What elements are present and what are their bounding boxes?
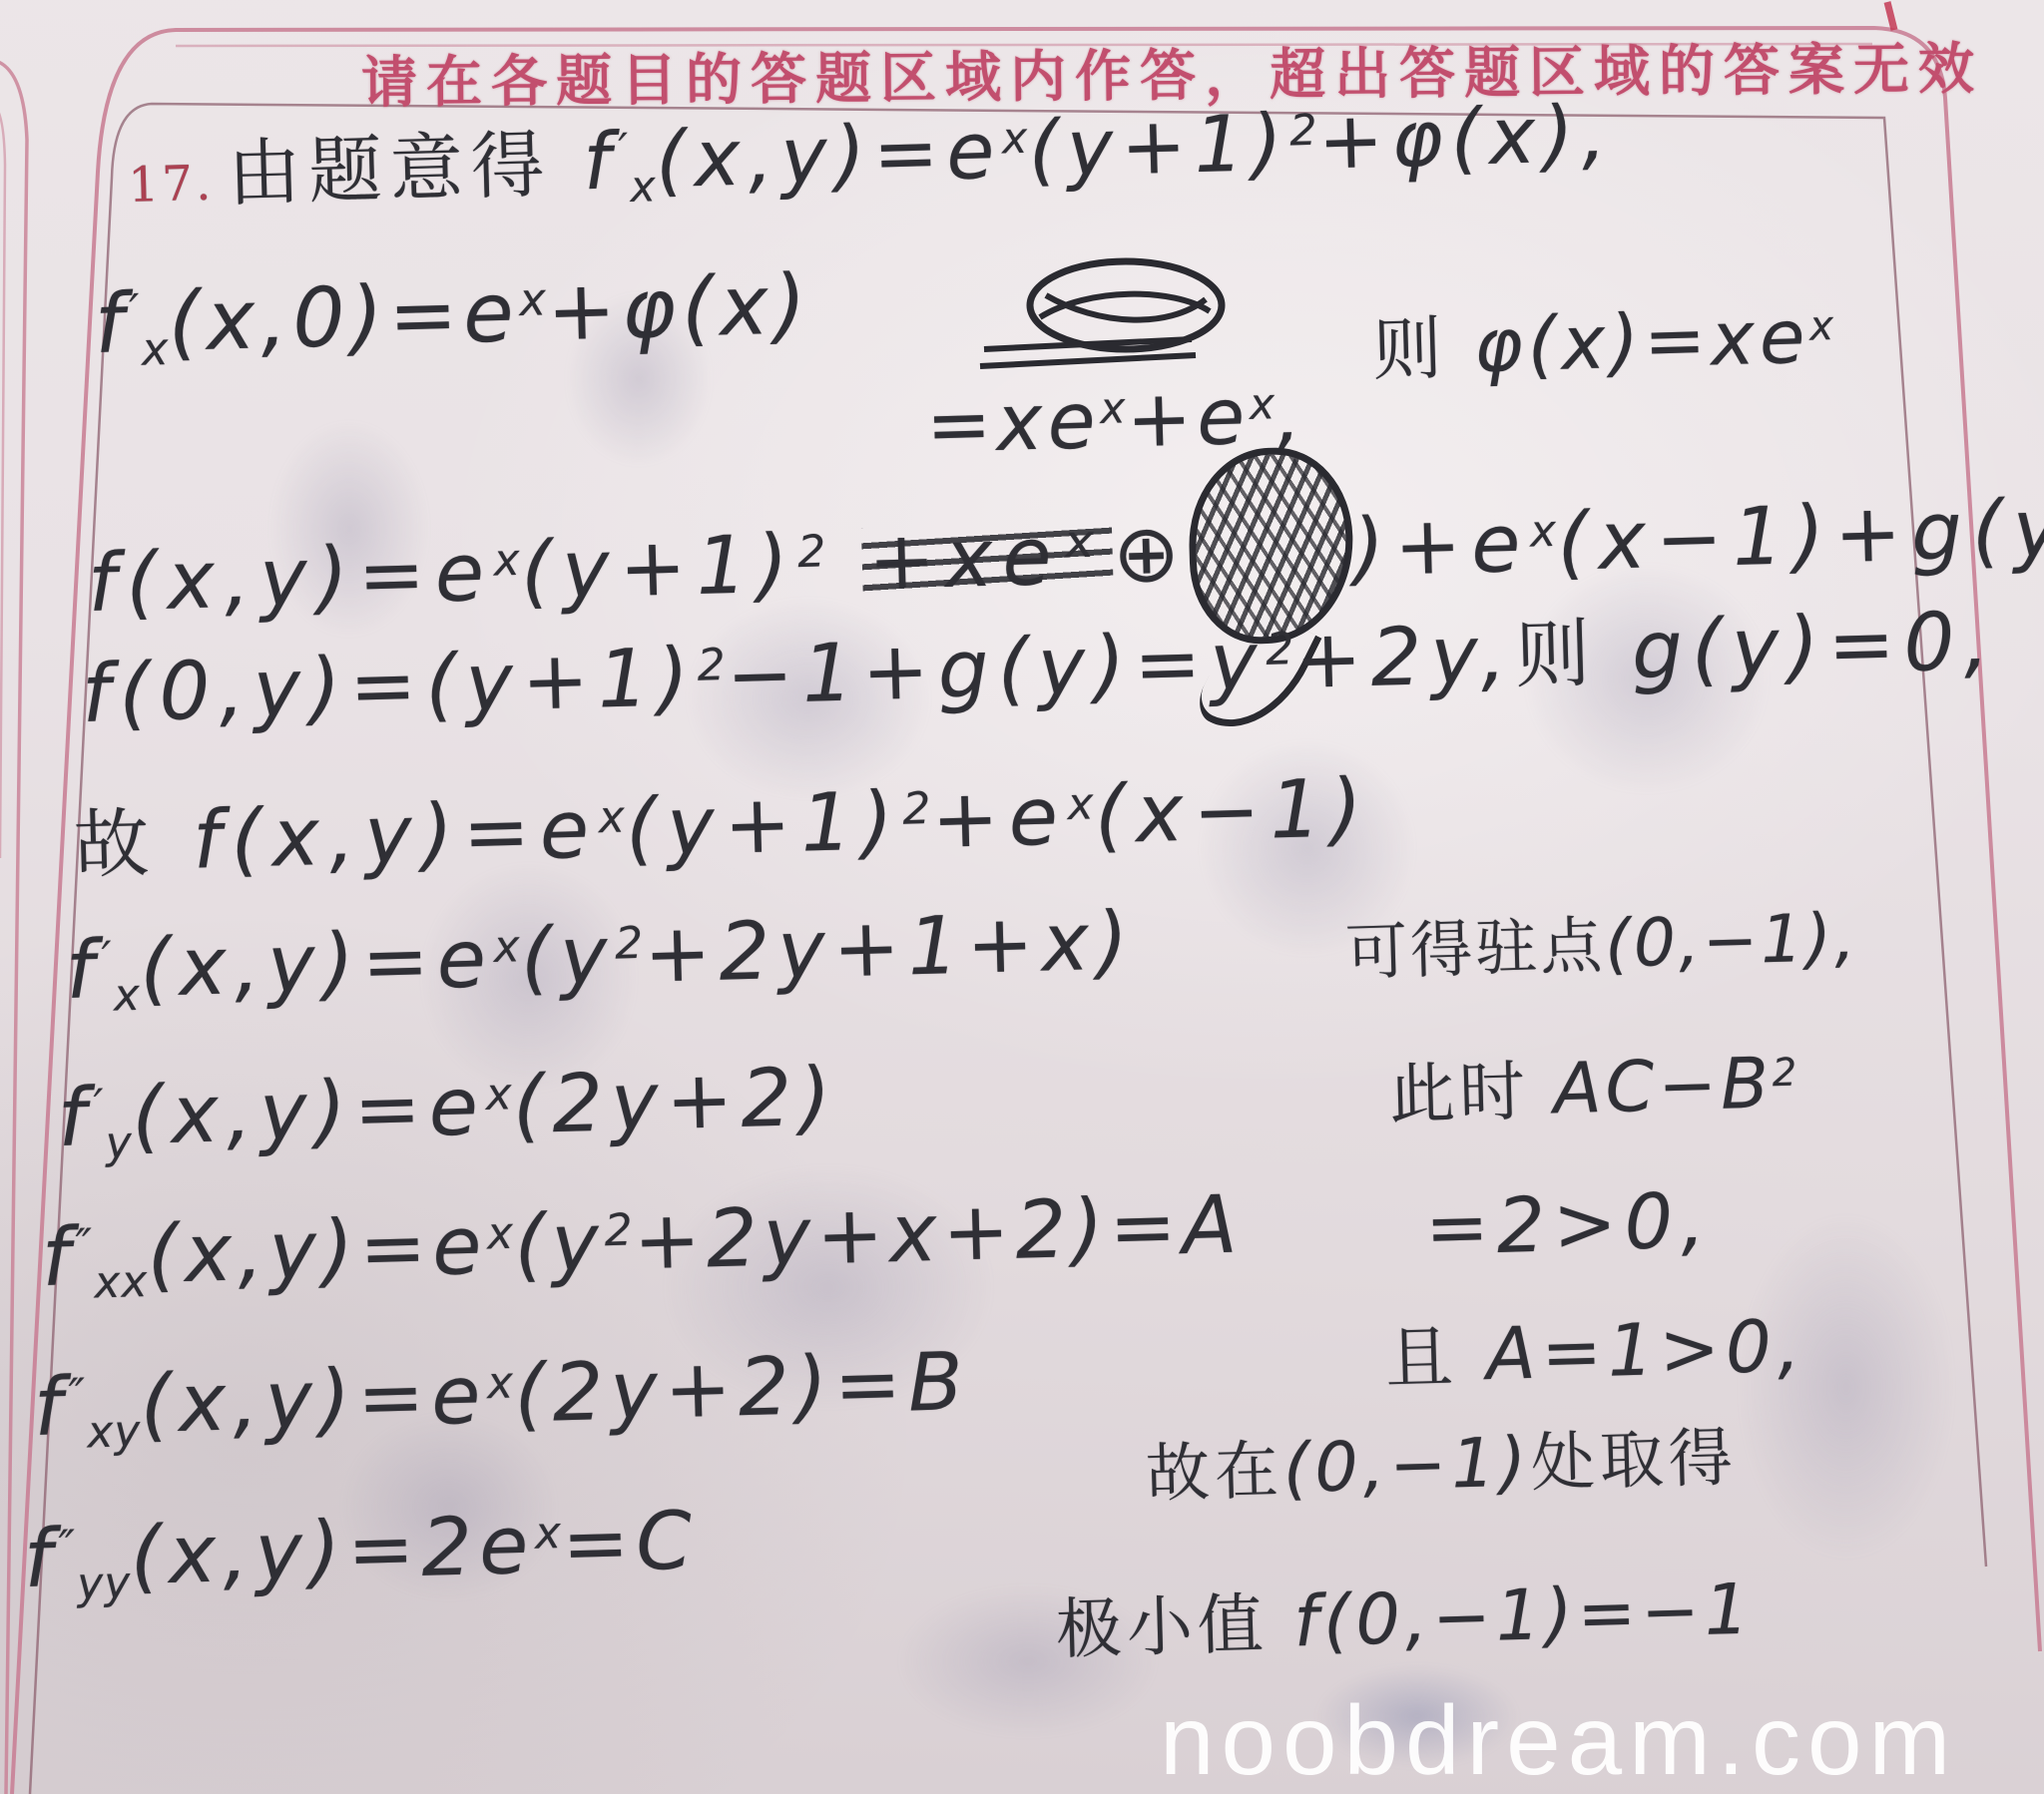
segment-m: (x,y)=e xyxy=(139,1348,488,1451)
segment-m: (y+1) xyxy=(1027,98,1290,195)
segment-c: 则 xyxy=(1514,609,1634,699)
segment-sub: xy xyxy=(87,1406,142,1458)
segment-sub: y xyxy=(105,1118,133,1169)
segment-m: +e xyxy=(930,769,1069,866)
scribble-blob-line2 xyxy=(980,261,1222,366)
segment-sup: 2 xyxy=(614,918,644,970)
solution-line-and-A: 且 A=1>0, xyxy=(1384,1293,1807,1402)
segment-sup: x xyxy=(1808,301,1834,350)
segment-sup: ″ xyxy=(68,1369,87,1420)
segment-m: +φ(x), xyxy=(1317,89,1616,187)
segment-m: f xyxy=(57,1071,96,1164)
segment-m: (x,y)=e xyxy=(146,1199,488,1301)
segment-c: 故 xyxy=(73,798,195,889)
segment-sub: x xyxy=(630,162,658,213)
segment-sub: x xyxy=(113,970,141,1022)
solution-line-fx-prime: f′x(x,y)=ex(y2+2y+1+x) xyxy=(65,894,1138,1017)
segment-sup: 2 xyxy=(604,1204,634,1256)
solution-line-fy-prime: f′y(x,y)=ex(2y+2) xyxy=(57,1050,840,1164)
segment-m: f xyxy=(65,923,104,1017)
segment-c: 此时 xyxy=(1388,1052,1555,1133)
segment-m: (x−1) xyxy=(1094,761,1373,862)
segment-sup: x xyxy=(598,791,626,843)
segment-sup: x xyxy=(1099,384,1127,435)
segment-c: 则 xyxy=(1371,307,1475,391)
segment-c: 可得驻点 xyxy=(1344,909,1606,989)
segment-m: +2y+x+2)=A xyxy=(633,1177,1245,1287)
segment-m: (x,y)=2e xyxy=(129,1499,536,1602)
segment-sub: yy xyxy=(77,1558,132,1609)
segment-sup: x xyxy=(518,273,547,327)
segment-m: f xyxy=(94,276,132,372)
segment-sup: ″ xyxy=(75,1219,94,1270)
segment-m: (x,y)=e xyxy=(131,1060,487,1162)
segment-sup: x xyxy=(534,1508,562,1560)
solution-line-fxx: f″xx(x,y)=ex(y2+2y+x+2)=A xyxy=(41,1177,1245,1304)
segment-m: φ(x)=xe xyxy=(1473,294,1811,389)
segment-m: (x,y)=e xyxy=(655,107,1004,207)
solution-line-equals-2: =2>0, xyxy=(1424,1175,1715,1272)
segment-sup: 2 xyxy=(902,783,932,835)
segment-sub: x xyxy=(141,322,170,376)
neighbor-box-border-inner xyxy=(0,104,5,858)
solution-line-conclusion1: 故在(0,−1)处取得 xyxy=(1145,1406,1739,1515)
segment-c: 故在 xyxy=(1145,1434,1284,1512)
segment-m: (x−1)+g(y) xyxy=(1556,480,2044,588)
segment-m: A=1>0, xyxy=(1485,1303,1807,1396)
segment-c: 处取得 xyxy=(1530,1421,1739,1501)
segment-sup: x xyxy=(1529,506,1557,558)
segment-m: (y xyxy=(513,1195,606,1290)
segment-m: (2y+2)=B xyxy=(513,1335,971,1441)
segment-m: =C xyxy=(561,1494,700,1590)
segment-m: (0,−1) xyxy=(1282,1423,1532,1509)
segment-sup: x xyxy=(493,535,521,587)
segment-m: (x,y)=e xyxy=(139,912,495,1015)
segment-sup: ′ xyxy=(101,933,113,984)
segment-m: )+e xyxy=(1352,497,1532,595)
segment-m: +2y, xyxy=(1293,608,1516,706)
segment-m: f xyxy=(33,1360,71,1454)
segment-sub: xx xyxy=(94,1256,149,1308)
segment-m: +2y+1+x) xyxy=(643,894,1137,1001)
segment-sup: x xyxy=(486,1208,514,1260)
segment-sup: ′ xyxy=(93,1081,105,1131)
segment-m: +φ(x) xyxy=(546,257,813,359)
segment-m: AC−B xyxy=(1552,1042,1774,1129)
segment-sup: ″ xyxy=(58,1521,77,1571)
segment-m: =2>0, xyxy=(1424,1175,1715,1272)
site-watermark: noobdream.com xyxy=(1160,1684,1957,1794)
segment-sup: x xyxy=(486,1357,514,1409)
solution-line-conclusion2: 极小值 f(0,−1)=−1 xyxy=(1055,1557,1756,1670)
segment-m: ⊕ xyxy=(1112,506,1192,601)
segment-sup: ′ xyxy=(618,125,630,175)
segment-m: (y+1) xyxy=(625,774,904,875)
segment-m: f xyxy=(582,117,620,208)
segment-sup: ′ xyxy=(129,284,142,337)
solution-line-fxy: f″xy(x,y)=ex(2y+2)=B xyxy=(33,1335,971,1454)
segment-m: f(x,y)=e xyxy=(192,782,600,886)
segment-m: (0,−1), xyxy=(1604,899,1859,983)
segment-sup: x xyxy=(1249,380,1277,431)
segment-sup: x xyxy=(493,921,521,973)
segment-m: g(y)=0, xyxy=(1631,594,1999,696)
solution-line-problem: 17.由题意得 f′x(x,y)=ex(y+1)2+φ(x), xyxy=(127,76,1616,223)
segment-sup: x xyxy=(1001,114,1029,165)
segment-m xyxy=(825,515,863,609)
segment-m: (y xyxy=(520,909,617,1005)
solution-line-ac-b2: 此时 AC−B2 xyxy=(1388,1031,1799,1136)
segment-sup: 2 xyxy=(1266,624,1295,675)
segment-sup: x xyxy=(1067,778,1095,830)
segment-num: 17. xyxy=(128,155,229,214)
segment-c: 且 xyxy=(1384,1316,1487,1398)
solution-line-f-final: 故 f(x,y)=ex(y+1)2+ex(x−1) xyxy=(72,748,1372,893)
segment-m: f(x,y)=e xyxy=(87,526,495,630)
segment-strike: +xeˣ xyxy=(861,508,1115,608)
segment-m: (2y+2) xyxy=(512,1050,840,1151)
segment-sup: x xyxy=(485,1069,513,1121)
solution-line-fx-y0: f′x(x,0)=ex+φ(x) xyxy=(94,257,813,372)
segment-c: 极小值 xyxy=(1055,1584,1294,1668)
segment-m: f(0,−1)=−1 xyxy=(1292,1568,1755,1662)
segment-m: (x,0)=e xyxy=(167,265,520,370)
segment-m: −1+g(y)=y xyxy=(726,615,1268,722)
segment-m: f xyxy=(41,1210,78,1304)
answer-sheet-photo: 请在各题目的答题区域内作答，超出答题区域的答案无效 17.由题意得 f′x(x,… xyxy=(0,0,2044,1794)
solution-line-stationary: 可得驻点(0,−1), xyxy=(1344,889,1859,992)
segment-sup: 2 xyxy=(1772,1050,1798,1096)
segment-sup: 2 xyxy=(697,640,727,691)
solution-line-then-phi: 则 φ(x)=xex xyxy=(1371,281,1836,394)
segment-c: 由题意得 xyxy=(227,122,585,217)
solution-line-fyy: f″yy(x,y)=2ex=C xyxy=(23,1494,701,1605)
segment-sup: 2 xyxy=(797,526,827,578)
segment-m: (y+1) xyxy=(520,517,799,618)
segment-m: f(0,y)=(y+1) xyxy=(81,631,699,740)
segment-sup: 2 xyxy=(1289,106,1319,157)
segment-m: f xyxy=(23,1512,61,1605)
